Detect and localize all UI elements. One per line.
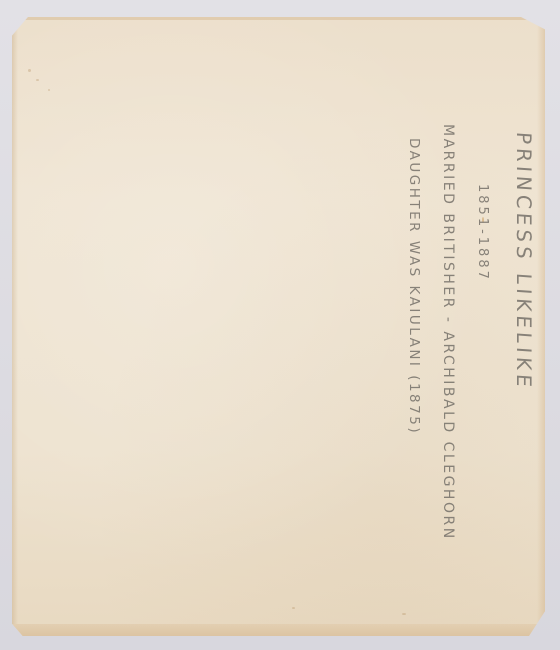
foxing-spot — [48, 89, 50, 91]
inscription-marriage-note: MARRIED BRITISHER - ARCHIBALD CLEGHORN — [440, 124, 456, 541]
card-bottom-band — [12, 624, 545, 636]
inscription-daughter-note: DAUGHTER WAS KAIULANI (1875) — [406, 138, 422, 435]
foxing-spot — [36, 79, 39, 81]
handwritten-inscription: PRINCESS LIKELIKE 1851-1887 MARRIED BRIT… — [378, 122, 548, 592]
inscription-dates: 1851-1887 — [475, 184, 490, 282]
inscription-title: PRINCESS LIKELIKE — [512, 131, 536, 391]
card-top-edge — [12, 17, 545, 20]
foxing-spot — [28, 69, 31, 72]
foxing-spot — [292, 607, 295, 609]
inscription-rotated-block: PRINCESS LIKELIKE 1851-1887 MARRIED BRIT… — [378, 122, 548, 592]
card-left-edge-shading — [12, 17, 18, 636]
foxing-spot — [402, 613, 406, 615]
